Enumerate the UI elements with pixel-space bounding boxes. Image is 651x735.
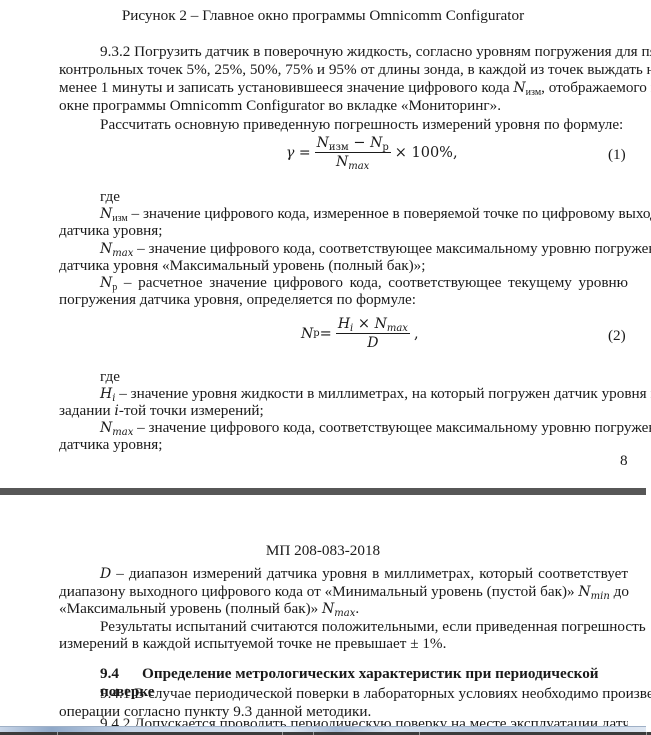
page-separator xyxy=(0,488,646,495)
paragraph-9-3-2-line-3: менее 1 минуты и записать установившееся… xyxy=(59,79,628,97)
definition-n-izm-line-2: датчика уровня; xyxy=(59,222,628,240)
definition-n-p-line-1: Nр – расчетное значение цифрового кода, … xyxy=(100,274,628,292)
definition-n-max-2-line-2: датчика уровня; xyxy=(59,436,628,454)
calc-intro: Рассчитать основную приведенную погрешно… xyxy=(100,116,628,134)
symbol-n: N xyxy=(513,80,525,96)
paragraph-9-3-2-line-4: окне программы Omnicomm Configurator во … xyxy=(59,97,628,115)
definition-n-max-2-line-1: Nmax – значение цифрового кода, соответс… xyxy=(100,419,628,437)
definition-n-max-line-1: Nmax – значение цифрового кода, соответс… xyxy=(100,240,628,258)
page-header-document-code: МП 208-083-2018 xyxy=(0,542,646,560)
definition-n-p-line-2: погружения датчика уровня, определяется … xyxy=(59,291,628,309)
formula-2-fraction: Hi × Nmax D xyxy=(336,316,410,351)
definition-h-i-line-2: задании i-той точки измерений; xyxy=(59,402,628,420)
paragraph-9-4-1-line-1: 9.4.1 В случае периодической поверки в л… xyxy=(100,685,628,703)
where-label-1: где xyxy=(100,188,120,206)
definition-n-izm-line-1: Nизм – значение цифрового кода, измеренн… xyxy=(100,205,628,223)
paragraph-9-4-2-partial: 9.4.2 Допускается проводить периодическу… xyxy=(100,715,628,726)
horizontal-scrollbar[interactable] xyxy=(0,726,651,735)
formula-2: Nр = Hi × Nmax D , xyxy=(301,316,419,351)
document-page-9: МП 208-083-2018 D – диапазон измерений д… xyxy=(0,495,646,735)
results-line-1: Результаты испытаний считаются положител… xyxy=(100,618,628,636)
definition-h-i-line-1: Hi – значение уровня жидкости в миллимет… xyxy=(100,385,628,403)
results-line-2: измерений в каждой испытуемой точке не п… xyxy=(59,635,628,653)
equation-number-1: (1) xyxy=(608,146,626,164)
figure-caption: Рисунок 2 – Главное окно программы Omnic… xyxy=(0,7,646,25)
definition-n-max-line-2: датчика уровня «Максимальный уровень (по… xyxy=(59,257,628,275)
paragraph-9-3-2-line-1: 9.3.2 Погрузить датчик в поверочную жидк… xyxy=(100,43,628,61)
paragraph-9-3-2-line-2: контрольных точек 5%, 25%, 50%, 75% и 95… xyxy=(59,61,628,79)
page-number: 8 xyxy=(620,452,628,470)
definition-d-line-2: диапазону выходного цифрового кода от «М… xyxy=(59,583,628,601)
definition-d-line-3: «Максимальный уровень (полный бак)» Nmax… xyxy=(59,600,628,618)
document-page-8: Рисунок 2 – Главное окно программы Omnic… xyxy=(0,0,646,488)
where-label-2: где xyxy=(100,368,120,386)
formula-1: γ = Nизм − Nр Nmax × 100%, xyxy=(286,135,458,170)
formula-1-fraction: Nизм − Nр Nmax xyxy=(315,135,391,170)
definition-d-line-1: D – диапазон измерений датчика уровня в … xyxy=(100,565,628,583)
equation-number-2: (2) xyxy=(608,327,626,345)
